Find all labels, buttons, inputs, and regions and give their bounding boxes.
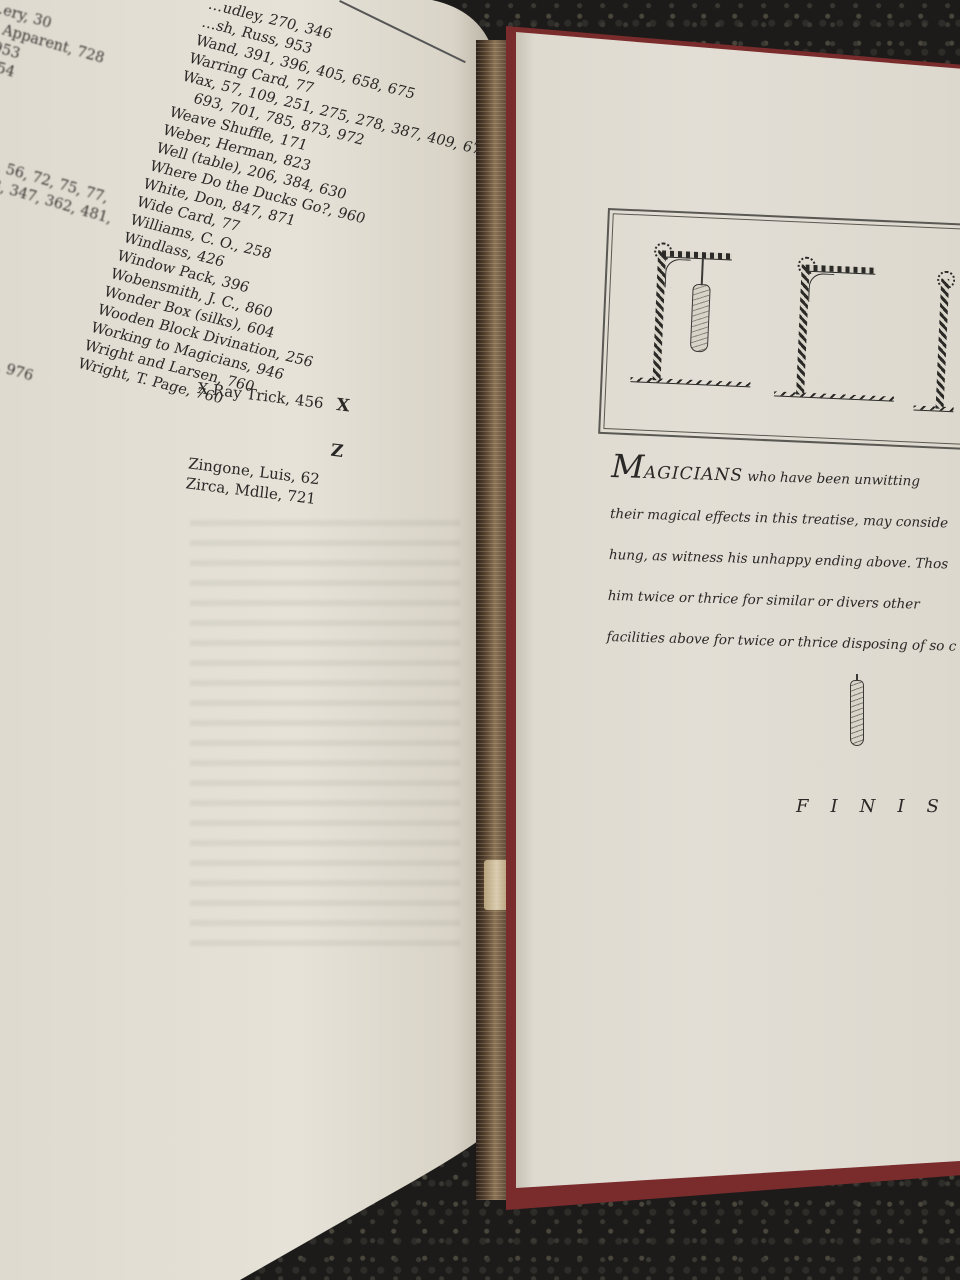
index-lower-sections: X X Ray Trick, 456 Z Zingone, Luis, 62 Z… — [185, 368, 352, 512]
striped-post — [796, 265, 810, 395]
curved-brace — [808, 273, 834, 303]
hanging-figure-icon — [690, 284, 711, 353]
curved-brace — [665, 259, 691, 289]
striped-post — [653, 250, 667, 380]
striped-post — [936, 279, 950, 409]
ground-line — [913, 406, 953, 413]
closing-paragraph: MAGICIANS who have been unwitting their … — [606, 446, 960, 670]
left-page: …ery, 30 … Apparent, 728 …953 …954 …3, 5… — [0, 0, 492, 1280]
index-section-letter-x: X — [335, 395, 351, 416]
paragraph-text: who have been unwitting — [743, 469, 920, 490]
rope — [701, 258, 704, 286]
index-section-letter-z: Z — [330, 441, 346, 462]
checkered-beam — [662, 250, 732, 260]
show-through-text — [190, 520, 460, 960]
ground-line — [774, 391, 894, 401]
gallows-partial — [913, 268, 960, 424]
hanging-figure-vignette-icon — [848, 674, 866, 748]
gallows-with-figure — [630, 239, 766, 395]
gallows-illustration — [598, 208, 960, 451]
finis-label: FINIS — [796, 796, 960, 817]
gallows-empty — [774, 254, 910, 410]
small-caps: AGICIANS — [644, 463, 744, 486]
figure-body — [850, 680, 864, 746]
drop-cap: M — [611, 447, 645, 486]
checkered-beam — [805, 265, 875, 275]
ground-line — [630, 377, 750, 387]
index-entry: X Ray Trick, 456 — [196, 378, 350, 417]
book-photo: …ery, 30 … Apparent, 728 …953 …954 …3, 5… — [0, 0, 960, 1280]
